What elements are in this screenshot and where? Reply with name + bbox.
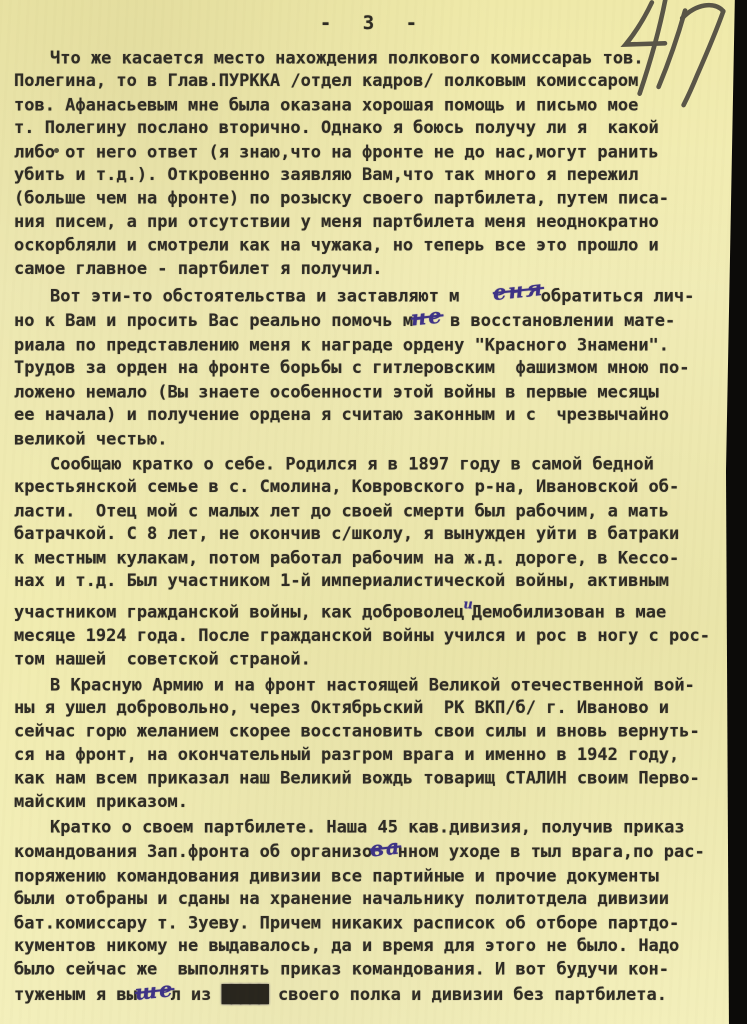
text-line: батрачкой. С 8 лет, не окончив с/школу, … — [14, 523, 726, 546]
typed-text: кументов никому не выдавалось, да и врем… — [14, 936, 679, 956]
typed-text: сейчас горю желанием скорее восстановить… — [14, 722, 700, 742]
text-line: убить и т.д.). Откровенно заявляю Вам,чт… — [14, 164, 726, 187]
typed-text: но к Вам и просить Вас реально помочь м — [14, 311, 413, 331]
typed-text: Трудов за орден на фронте борьбы с гитле… — [14, 358, 690, 378]
typed-text: командования Зап.фронта об организо — [14, 842, 372, 862]
typed-text: Сообщаю кратко о себе. Родился я в 1897 … — [50, 454, 654, 474]
typed-text: либо от него ответ (я знаю,что на фронте… — [14, 142, 659, 162]
ink-correction: еня — [456, 277, 545, 307]
typed-text: было сейчас же выполнять приказ командов… — [14, 960, 669, 980]
typed-text: как нам всем приказал наш Великий вождь … — [14, 769, 700, 789]
typed-text: убить и т.д.). Откровенно заявляю Вам,чт… — [14, 165, 638, 185]
text-line: В Красную Армию и на фронт настоящей Вел… — [14, 674, 726, 697]
typed-text: поряжению командования дивизии все парти… — [14, 866, 659, 886]
ink-correction: ва — [369, 836, 402, 860]
text-line: нах и т.д. Был участником 1-й империалис… — [14, 570, 726, 593]
text-line: ее начала) и получение ордена я считаю з… — [14, 404, 726, 427]
text-line: тов. Афанасьевым мне была оказана хороша… — [14, 94, 726, 117]
text-line: было сейчас же выполнять приказ командов… — [14, 959, 726, 982]
text-line: т. Полегину послано вторично. Однако я б… — [14, 117, 726, 140]
typed-text: л из — [170, 985, 221, 1005]
text-line: оскорбляли и смотрели как на чужака, но … — [14, 235, 726, 258]
text-line: ся на фронт, на окончательный разгром вр… — [14, 744, 726, 767]
text-line: месяце 1924 года. После гражданской войн… — [14, 625, 726, 648]
typed-text: В Красную Армию и на фронт настоящей Вел… — [50, 675, 695, 695]
text-line: были отобраны и сданы на хранение началь… — [14, 888, 726, 911]
typed-text: бат.комиссару т. Зуеву. Причем никаких р… — [14, 913, 679, 933]
text-line: как нам всем приказал наш Великий вождь … — [14, 768, 726, 791]
paragraph: Что же касается место нахождения полково… — [14, 47, 726, 281]
text-line: Вот эти-то обстоятельства и заставляют м… — [14, 283, 726, 308]
text-line: но к Вам и просить Вас реально помочь мн… — [14, 308, 726, 333]
typed-text: великой честью. — [14, 429, 168, 449]
typed-text: крестьянской семье в с. Смолина, Ковровс… — [14, 477, 679, 497]
paragraph: Сообщаю кратко о себе. Родился я в 1897 … — [14, 453, 726, 672]
scanned-document-page: - 3 - 417 Что же касается место нахожден… — [0, 0, 747, 1024]
typed-text: самое главное - партбилет я получил. — [14, 259, 382, 279]
text-line: Сообщаю кратко о себе. Родился я в 1897 … — [14, 453, 726, 476]
ink-correction: не — [410, 305, 445, 329]
text-line: великой честью. — [14, 428, 726, 451]
typed-text: своего полка и дивизии без партбилета. — [268, 985, 667, 1005]
text-line: Что же касается место нахождения полково… — [14, 47, 726, 70]
text-line: туженым я вышел из █████ своего полка и … — [14, 982, 726, 1007]
text-line: участником гражданской войны, как добров… — [14, 594, 726, 625]
typed-text: нном уходе в тыл врага,по рас- — [398, 842, 705, 862]
typed-text: туженым я вы — [14, 985, 137, 1005]
text-line: либо от него ответ (я знаю,что на фронте… — [14, 141, 726, 164]
text-line: бат.комиссару т. Зуеву. Причем никаких р… — [14, 912, 726, 935]
typed-text: ее начала) и получение ордена я считаю з… — [14, 405, 669, 425]
text-line: Трудов за орден на фронте борьбы с гитле… — [14, 357, 726, 380]
text-line: том нашей советской страной. — [14, 649, 726, 672]
typed-text: майским приказом. — [14, 792, 188, 812]
redacted-word: █████ — [222, 985, 268, 1005]
document-body: Что же касается место нахождения полково… — [14, 47, 726, 1009]
typed-text: т. Полегину послано вторично. Однако я б… — [14, 118, 659, 138]
text-line: ния писем, а при отсутствии у меня партб… — [14, 211, 726, 234]
paragraph: В Красную Армию и на фронт настоящей Вел… — [14, 674, 726, 814]
text-line: сейчас горю желанием скорее восстановить… — [14, 721, 726, 744]
typed-text: обратиться лич- — [541, 286, 695, 306]
text-line: самое главное - партбилет я получил. — [14, 258, 726, 281]
ink-correction: ше — [134, 978, 176, 1003]
paragraph: Вот эти-то обстоятельства и заставляют м… — [14, 283, 726, 451]
typed-text: Вот эти-то обстоятельства и заставляют м — [50, 286, 459, 306]
ink-dot — [54, 148, 59, 153]
typed-text: в восстановлении мате- — [440, 311, 675, 331]
typed-text: участником гражданской войны, как добров… — [14, 603, 464, 623]
text-line: к местным кулакам, потом работал рабочим… — [14, 547, 726, 570]
typed-text: оскорбляли и смотрели как на чужака, но … — [14, 236, 659, 256]
text-line: командования Зап.фронта об организованно… — [14, 839, 726, 864]
typed-text: (больше чем на фронте) по розыску своего… — [14, 189, 669, 209]
text-line: поряжению командования дивизии все парти… — [14, 865, 726, 888]
typed-text: ласти. Отец мой с малых лет до своей сме… — [14, 501, 669, 521]
typed-text: ложено немало (Вы знаете особенности это… — [14, 382, 659, 402]
text-line: ложено немало (Вы знаете особенности это… — [14, 381, 726, 404]
typed-text: тов. Афанасьевым мне была оказана хороша… — [14, 95, 638, 115]
typed-text: том нашей советской страной. — [14, 650, 311, 670]
typed-text: к местным кулакам, потом работал рабочим… — [14, 548, 679, 568]
text-line: ласти. Отец мой с малых лет до своей сме… — [14, 500, 726, 523]
text-line: (больше чем на фронте) по розыску своего… — [14, 188, 726, 211]
typed-text: Что же касается место нахождения полково… — [50, 48, 644, 68]
scan-edge — [726, 0, 747, 1024]
typed-text: месяце 1924 года. После гражданской войн… — [14, 626, 710, 646]
text-line: крестьянской семье в с. Смолина, Ковровс… — [14, 476, 726, 499]
typed-text: ны я ушел добровольно, через Октябрьский… — [14, 698, 669, 718]
paragraph: Кратко о своем партбилете. Наша 45 кав.д… — [14, 816, 726, 1007]
typed-text: ся на фронт, на окончательный разгром вр… — [14, 745, 679, 765]
typed-text: нах и т.д. Был участником 1-й империалис… — [14, 571, 669, 591]
typed-text: батрачкой. С 8 лет, не окончив с/школу, … — [14, 524, 679, 544]
typed-text: Полегина, то в Глав.ПУРККА /отдел кадров… — [14, 71, 638, 91]
typed-text: Кратко о своем партбилете. Наша 45 кав.д… — [50, 817, 685, 837]
typed-text: Демобилизован в мае — [472, 603, 666, 623]
text-line: ны я ушел добровольно, через Октябрьский… — [14, 697, 726, 720]
typed-text: риала по представлению меня к награде ор… — [14, 335, 669, 355]
text-line: майским приказом. — [14, 791, 726, 814]
typed-text: были отобраны и сданы на хранение началь… — [14, 889, 669, 909]
typed-text: ния писем, а при отсутствии у меня партб… — [14, 212, 659, 232]
text-line: Полегина, то в Глав.ПУРККА /отдел кадров… — [14, 70, 726, 93]
text-line: кументов никому не выдавалось, да и врем… — [14, 935, 726, 958]
text-line: риала по представлению меня к награде ор… — [14, 334, 726, 357]
